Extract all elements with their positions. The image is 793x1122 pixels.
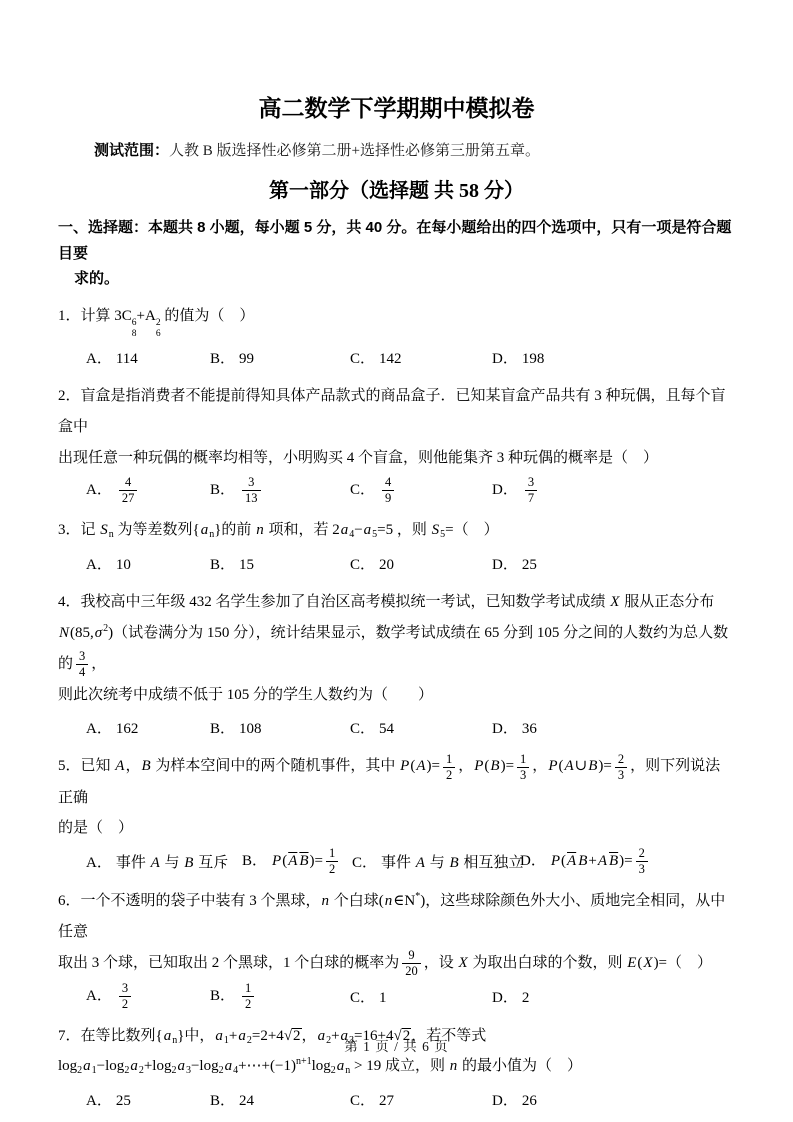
fraction: 12 <box>242 981 254 1012</box>
option-label: A． <box>86 988 112 1004</box>
fraction: 12 <box>326 846 338 877</box>
math-variable: P <box>550 853 561 869</box>
text-run: 142 <box>379 351 402 367</box>
fraction: 23 <box>615 752 627 783</box>
text-run: 99 <box>239 351 254 367</box>
text-run: 162 <box>116 721 139 737</box>
scope-text: 人教 B 版选择性必修第二册+选择性必修第三册第五章。 <box>169 143 540 159</box>
text-run: +⋯+(−1) <box>238 1058 296 1074</box>
math-overbar: B <box>608 853 619 869</box>
text-run: 服从正态分布 <box>620 594 714 610</box>
text-run: ，设 <box>424 955 458 971</box>
question-2-options-row: A．427B．313C．49D．37 <box>86 475 735 506</box>
fraction: 313 <box>242 475 261 506</box>
question-5-stem-line: 5．已知 A，B 为样本空间中的两个随机事件，其中 P(A)=12，P(B)=1… <box>58 751 735 813</box>
math-sub-sup: C68 <box>122 308 137 324</box>
text-run: 为样本空间中的两个随机事件，其中 <box>152 758 400 774</box>
math-variable: P <box>547 758 558 774</box>
text-run: )= <box>427 758 440 774</box>
option-A: A．162 <box>86 717 210 738</box>
question-6-stem-line: 取出 3 个球，已知取出 2 个黑球，1 个白球的概率为920，设 X 为取出白… <box>58 948 735 979</box>
text-run: 事件 <box>116 855 150 871</box>
text-run: 1 <box>379 990 387 1006</box>
text-run: 15 <box>239 557 254 573</box>
math-variable: A <box>597 853 608 869</box>
math-variable: A <box>415 758 426 774</box>
text-run: − <box>354 522 362 538</box>
text-run: )= <box>501 758 514 774</box>
option-label: B． <box>210 721 235 737</box>
option-A: A．427 <box>86 475 210 506</box>
math-overbar: A <box>287 853 298 869</box>
text-run: 26 <box>522 1093 537 1109</box>
question-2: 2．盲盒是指消费者不能提前得知具体产品款式的商品盒子．已知某盲盒产品共有 3 种… <box>58 381 735 506</box>
math-variable: P <box>271 853 282 869</box>
text-run: ∈N <box>393 893 415 909</box>
option-label: B． <box>210 351 235 367</box>
option-C: C．1 <box>350 986 492 1007</box>
math-variable: B <box>577 853 588 869</box>
math-variable: B <box>448 855 459 871</box>
math-variable: X <box>642 955 653 971</box>
option-B: B．15 <box>210 553 350 574</box>
option-D: D．25 <box>492 553 537 574</box>
option-label: B． <box>210 482 235 498</box>
text-run: 的值为（ ） <box>161 308 255 324</box>
text-run: ， <box>91 656 106 672</box>
text-run: ， <box>532 758 547 774</box>
math-variable: B <box>183 855 194 871</box>
text-run: 的最小值为（ ） <box>458 1058 582 1074</box>
question-6-options-row: A．32B．12C．1D．2 <box>86 981 735 1012</box>
option-A: A．25 <box>86 1089 210 1110</box>
exam-page: 高二数学下学期期中模拟卷 测试范围：人教 B 版选择性必修第二册+选择性必修第三… <box>0 94 793 1114</box>
option-label: C． <box>350 557 375 573</box>
option-label: C． <box>350 482 375 498</box>
question-4: 4．我校高中三年级 432 名学生参加了自治区高考模拟统一考试，已知数学考试成绩… <box>58 587 735 742</box>
text-run: 36 <box>522 721 537 737</box>
text-run: 互斥 <box>194 855 228 871</box>
instructions: 一、选择题：本题共 8 小题，每小题 5 分，共 40 分。在每小题给出的四个选… <box>58 215 735 292</box>
option-label: D． <box>492 990 518 1006</box>
question-2-stem-line: 2．盲盒是指消费者不能提前得知具体产品款式的商品盒子．已知某盲盒产品共有 3 种… <box>58 381 735 443</box>
text-run: =5 ，则 <box>377 522 430 538</box>
text-run: 25 <box>116 1093 131 1109</box>
option-A: A．114 <box>86 347 210 368</box>
text-run: )= <box>598 758 611 774</box>
text-run: 我校高中三年级 432 名学生参加了自治区高考模拟统一考试，已知数学考试成绩 <box>81 594 610 610</box>
text-run: ， <box>458 758 473 774</box>
question-1-options-row: A．114B．99C．142D．198 <box>86 342 735 372</box>
question-number: 3． <box>58 522 81 538</box>
question-number: 6． <box>58 893 81 909</box>
text-run: 2 <box>522 990 530 1006</box>
text-run: 相互独立 <box>460 855 524 871</box>
text-run: 的是（ ） <box>58 820 133 836</box>
text-run: 24 <box>239 1093 254 1109</box>
instructions-line-2: 求的。 <box>58 266 735 292</box>
math-subscripted: log2 <box>105 1058 129 1074</box>
math-variable: A <box>415 855 426 871</box>
instructions-line-1: 一、选择题：本题共 8 小题，每小题 5 分，共 40 分。在每小题给出的四个选… <box>58 215 735 267</box>
math-subscripted: an <box>336 1058 351 1074</box>
option-label: C． <box>350 1093 375 1109</box>
question-3: 3．记 Sn 为等差数列{an}的前 n 项和，若 2a4−a5=5 ，则 S5… <box>58 515 735 578</box>
math-variable: B <box>587 758 598 774</box>
math-variable: N <box>58 625 70 641</box>
option-label: D． <box>492 482 518 498</box>
math-subscripted: a1 <box>82 1058 97 1074</box>
option-label: B． <box>210 988 235 1004</box>
text-run: + <box>144 1058 152 1074</box>
text-run: 则此次统考中成绩不低于 105 分的学生人数约为（ ） <box>58 687 433 703</box>
option-B: B．12 <box>210 981 350 1012</box>
option-B: B．99 <box>210 347 350 368</box>
question-3-stem-line: 3．记 Sn 为等差数列{an}的前 n 项和，若 2a4−a5=5 ，则 S5… <box>58 515 735 546</box>
text-run: − <box>97 1058 105 1074</box>
text-run: ， <box>125 758 140 774</box>
footer-page-indicator: 第 1 页 / 共 6 页 <box>0 1035 793 1055</box>
math-sub-sup: A26 <box>145 308 161 324</box>
question-4-stem-line: 则此次统考中成绩不低于 105 分的学生人数约为（ ） <box>58 680 735 711</box>
section-title: 第一部分（选择题 共 58 分） <box>58 177 735 205</box>
text-run: )=（ ） <box>654 955 712 971</box>
math-variable: P <box>399 758 410 774</box>
question-5-options-row: A．事件 A 与 B 互斥B．P(AB)=12C．事件 A 与 B 相互独立D．… <box>86 846 735 877</box>
text-run: 为取出白球的个数，则 <box>469 955 627 971</box>
math-subscripted: a2 <box>129 1058 144 1074</box>
math-subscripted: S5 <box>431 522 446 538</box>
option-C: C．54 <box>350 717 492 738</box>
question-3-options-row: A．10B．15C．20D．25 <box>86 548 735 578</box>
text-run: 为等差数列{ <box>114 522 200 538</box>
math-subscripted: an <box>200 522 215 538</box>
math-subscripted: log2 <box>152 1058 176 1074</box>
math-variable: X <box>609 594 620 610</box>
option-label: B． <box>210 1093 235 1109</box>
text-run: + <box>137 308 145 324</box>
math-subscripted: a4 <box>224 1058 239 1074</box>
text-run: 54 <box>379 721 394 737</box>
question-7-stem-line: log2a1−log2a2+log2a3−log2a4+⋯+(−1)n+1log… <box>58 1051 735 1082</box>
math-variable: E <box>626 955 637 971</box>
option-C: C．49 <box>350 475 492 506</box>
option-D: D．36 <box>492 717 537 738</box>
text-run: 108 <box>239 721 262 737</box>
option-D: D．P(AB+AB)=23 <box>520 846 651 877</box>
option-label: A． <box>86 557 112 573</box>
page-title: 高二数学下学期期中模拟卷 <box>58 94 735 124</box>
fraction: 920 <box>402 948 421 979</box>
option-A: A．10 <box>86 553 210 574</box>
text-run: )（试卷满分为 150 分），统计结果显示，数学考试成绩在 65 分到 105 … <box>58 625 728 672</box>
question-5-stem-line: 的是（ ） <box>58 813 735 844</box>
option-C: C．142 <box>350 347 492 368</box>
fraction: 12 <box>443 752 455 783</box>
text-run: 25 <box>522 557 537 573</box>
question-list: 1．计算 3C68+A26 的值为（ ）A．114B．99C．142D．1982… <box>58 301 735 1114</box>
math-variable: σ <box>94 625 103 641</box>
option-D: D．2 <box>492 986 529 1007</box>
option-B: B．108 <box>210 717 350 738</box>
option-D: D．26 <box>492 1089 537 1110</box>
fraction: 49 <box>382 475 394 506</box>
text-run: 与 <box>426 855 449 871</box>
math-overbar: B <box>298 853 309 869</box>
fraction: 37 <box>525 475 537 506</box>
option-label: A． <box>86 482 112 498</box>
text-run: ∪ <box>575 758 588 774</box>
math-variable: A <box>150 855 161 871</box>
question-number: 4． <box>58 594 81 610</box>
option-D: D．198 <box>492 347 544 368</box>
text-run: 计算 3 <box>81 308 122 324</box>
option-label: C． <box>350 351 375 367</box>
option-C: C．27 <box>350 1089 492 1110</box>
option-label: D． <box>520 853 546 869</box>
text-run: )= <box>619 853 632 869</box>
math-superscript: n+1 <box>296 1056 312 1067</box>
text-run: > 19 成立，则 <box>350 1058 448 1074</box>
math-variable: n <box>449 1058 459 1074</box>
option-label: A． <box>86 721 112 737</box>
option-label: B． <box>210 557 235 573</box>
text-run: 27 <box>379 1093 394 1109</box>
text-run: 20 <box>379 557 394 573</box>
text-run: 与 <box>161 855 184 871</box>
math-variable: n <box>384 893 394 909</box>
math-variable: n <box>255 522 265 538</box>
option-B: B．P(AB)=12 <box>242 846 352 877</box>
math-subscripted: Sn <box>99 522 114 538</box>
question-number: 2． <box>58 388 81 404</box>
question-4-stem-line: 4．我校高中三年级 432 名学生参加了自治区高考模拟统一考试，已知数学考试成绩… <box>58 587 735 618</box>
text-run: 盲盒是指消费者不能提前得知具体产品款式的商品盒子．已知某盲盒产品共有 3 种玩偶… <box>58 388 726 435</box>
question-2-stem-line: 出现任意一种玩偶的概率均相等，小明购买 4 个盲盒，则他能集齐 3 种玩偶的概率… <box>58 443 735 474</box>
option-label: A． <box>86 351 112 367</box>
option-label: A． <box>86 1093 112 1109</box>
math-subscripted: a4 <box>340 522 355 538</box>
text-run: + <box>588 853 596 869</box>
math-subscripted: log2 <box>58 1058 82 1074</box>
question-6: 6．一个不透明的袋子中装有 3 个黑球，n 个白球(n∈N*)，这些球除颜色外大… <box>58 886 735 1012</box>
scope-label: 测试范围： <box>94 142 169 159</box>
math-variable: B <box>489 758 500 774</box>
option-A: A．32 <box>86 981 210 1012</box>
option-label: B． <box>242 853 267 869</box>
text-run: )= <box>310 853 323 869</box>
math-variable: P <box>473 758 484 774</box>
text-run: 198 <box>522 351 545 367</box>
question-7-options-row: A．25B．24C．27D．26 <box>86 1084 735 1114</box>
text-run: 已知 <box>81 758 115 774</box>
option-label: D． <box>492 1093 518 1109</box>
option-label: C． <box>350 721 375 737</box>
question-1-stem-line: 1．计算 3C68+A26 的值为（ ） <box>58 301 735 340</box>
text-run: 事件 <box>381 855 415 871</box>
text-run: 取出 3 个球，已知取出 2 个黑球，1 个白球的概率为 <box>58 955 399 971</box>
option-label: A． <box>86 855 112 871</box>
text-run: 10 <box>116 557 131 573</box>
math-variable: A <box>563 758 574 774</box>
fraction: 23 <box>636 846 648 877</box>
scope-line: 测试范围：人教 B 版选择性必修第二册+选择性必修第三册第五章。 <box>58 140 735 162</box>
math-variable: X <box>458 955 469 971</box>
question-1: 1．计算 3C68+A26 的值为（ ）A．114B．99C．142D．198 <box>58 301 735 372</box>
question-5: 5．已知 A，B 为样本空间中的两个随机事件，其中 P(A)=12，P(B)=1… <box>58 751 735 877</box>
math-subscripted: log2 <box>199 1058 223 1074</box>
option-label: D． <box>492 351 518 367</box>
option-label: D． <box>492 557 518 573</box>
option-label: C． <box>350 990 375 1006</box>
option-B: B．313 <box>210 475 350 506</box>
text-run: (85, <box>70 625 94 641</box>
question-4-stem-line: N(85,σ2)（试卷满分为 150 分），统计结果显示，数学考试成绩在 65 … <box>58 618 735 680</box>
text-run: 一个不透明的袋子中装有 3 个黑球， <box>81 893 321 909</box>
text-run: 记 <box>81 522 100 538</box>
question-number: 1． <box>58 308 81 324</box>
option-label: C． <box>352 855 377 871</box>
text-run: 114 <box>116 351 138 367</box>
text-run: 项和，若 2 <box>265 522 340 538</box>
fraction: 32 <box>119 981 131 1012</box>
math-subscripted: a3 <box>176 1058 191 1074</box>
question-4-options-row: A．162B．108C．54D．36 <box>86 712 735 742</box>
fraction: 13 <box>517 752 529 783</box>
fraction: 427 <box>119 475 138 506</box>
option-C: C．20 <box>350 553 492 574</box>
math-variable: A <box>114 758 125 774</box>
text-run: =（ ） <box>445 522 498 538</box>
question-6-stem-line: 6．一个不透明的袋子中装有 3 个黑球，n 个白球(n∈N*)，这些球除颜色外大… <box>58 886 735 948</box>
question-number: 5． <box>58 758 81 774</box>
text-run: 个白球( <box>330 893 384 909</box>
math-variable: B <box>140 758 151 774</box>
math-overbar: A <box>566 853 577 869</box>
option-C: C．事件 A 与 B 相互独立 <box>352 851 520 872</box>
option-D: D．37 <box>492 475 540 506</box>
math-subscripted: log2 <box>312 1058 336 1074</box>
option-label: D． <box>492 721 518 737</box>
math-variable: n <box>321 893 331 909</box>
fraction: 34 <box>76 649 88 680</box>
option-A: A．事件 A 与 B 互斥 <box>86 851 242 872</box>
option-B: B．24 <box>210 1089 350 1110</box>
math-subscripted: a5 <box>363 522 378 538</box>
text-run: 出现任意一种玩偶的概率均相等，小明购买 4 个盲盒，则他能集齐 3 种玩偶的概率… <box>58 450 658 466</box>
text-run: }的前 <box>214 522 255 538</box>
